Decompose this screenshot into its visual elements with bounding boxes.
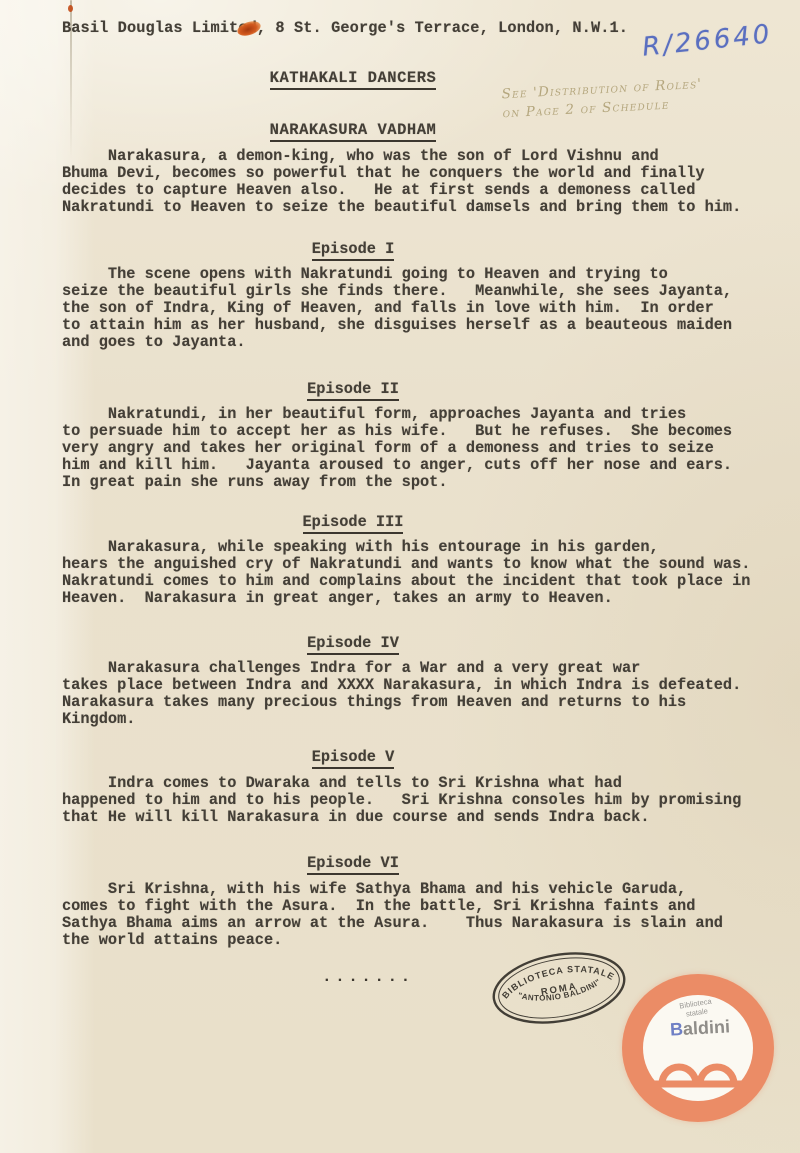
episode-6-heading: Episode VI	[307, 854, 399, 875]
library-rubber-stamp: BIBLIOTECA STATALE ROMA "ANTONIO BALDINI…	[480, 934, 638, 1042]
document-subtitle: NARAKASURA VADHAM	[270, 121, 437, 142]
episode-4-paragraph: Narakasura challenges Indra for a War an…	[62, 660, 774, 728]
scanned-document-page: Basil Douglas Limited, 8 St. George's Te…	[0, 0, 800, 1153]
open-book-icon	[648, 1046, 748, 1090]
intro-paragraph: Narakasura, a demon-king, who was the so…	[62, 148, 774, 216]
episode-4-heading: Episode IV	[307, 634, 399, 655]
episode-4-heading-band: Episode IV	[63, 634, 643, 655]
episode-3-heading: Episode III	[303, 513, 404, 534]
episode-6-heading-band: Episode VI	[63, 854, 643, 875]
episode-5-paragraph: Indra comes to Dwaraka and tells to Sri …	[62, 775, 774, 826]
episode-2-paragraph: Nakratundi, in her beautiful form, appro…	[62, 406, 774, 491]
episode-5-heading-band: Episode V	[63, 748, 643, 769]
title-band: KATHAKALI DANCERS	[63, 69, 643, 90]
episode-2-heading: Episode II	[307, 380, 399, 401]
episode-1-heading-band: Episode I	[63, 240, 643, 261]
episode-1-paragraph: The scene opens with Nakratundi going to…	[62, 266, 774, 351]
letterhead: Basil Douglas Limited, 8 St. George's Te…	[62, 19, 628, 37]
episode-2-heading-band: Episode II	[63, 380, 643, 401]
episode-1-heading: Episode I	[312, 240, 395, 261]
handwritten-reference-number: R/26640	[641, 19, 774, 62]
episode-3-paragraph: Narakasura, while speaking with his ento…	[62, 539, 774, 607]
episode-3-heading-band: Episode III	[63, 513, 643, 534]
episode-5-heading: Episode V	[312, 748, 395, 769]
subtitle-band: NARAKASURA VADHAM	[63, 121, 643, 142]
logo-name-rest: aldini	[682, 1016, 730, 1038]
logo-name: Baldini	[658, 1016, 743, 1041]
document-title: KATHAKALI DANCERS	[270, 69, 437, 90]
library-logo: Biblioteca statale Baldini	[622, 974, 774, 1122]
red-ink-speck	[68, 5, 73, 12]
end-of-text-dots: .......	[322, 968, 414, 986]
episode-6-paragraph: Sri Krishna, with his wife Sathya Bhama …	[62, 881, 774, 949]
logo-name-initial: B	[669, 1019, 683, 1040]
